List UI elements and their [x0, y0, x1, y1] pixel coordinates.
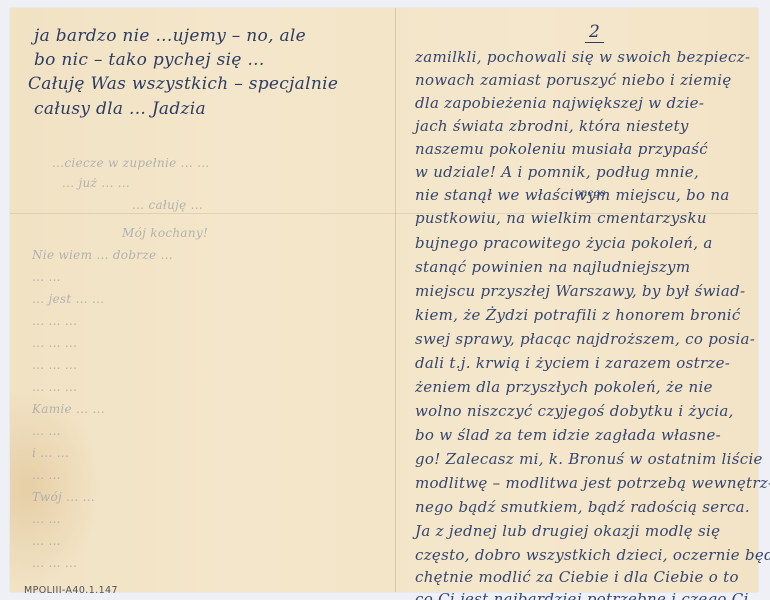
pencil-line: Twój ... ... [32, 490, 95, 504]
ink-line: bujnego pracowitego życia pokoleń, a [415, 234, 713, 252]
ink-line: swej sprawy, płacąc najdroższem, co posi… [415, 330, 755, 348]
ink-line: dali t.j. krwią i życiem i zarazem ostrz… [415, 354, 730, 372]
ink-line: całusy dla ... Jadzia [34, 99, 206, 119]
ink-line: chętnie modlić za Ciebie i dla Ciebie o … [415, 568, 739, 586]
pencil-line: ... ... ... [32, 380, 77, 394]
ink-line: bo nic – tako pychej się ... [34, 50, 265, 70]
ink-line: w udziale! A i pomnik, podług mnie, [415, 163, 699, 181]
pencil-line: ... ... [32, 512, 61, 526]
ink-line: Ja z jednej lub drugiej okazji modlę się [415, 522, 720, 540]
pencil-line: ... już ... ... [62, 176, 130, 190]
pencil-line: ... ... [32, 534, 61, 548]
vertical-fold-line [395, 8, 396, 592]
ink-line: bo w ślad za tem idzie zagłada własne- [415, 426, 721, 444]
pencil-line: ... ... [32, 424, 61, 438]
ink-line: nie stanął we właściwym miejscu, bo na [415, 186, 730, 204]
pencil-line: ... ... ... [32, 556, 77, 570]
ink-line: go! Zalecasz mi, k. Bronuś w ostatnim li… [415, 450, 763, 468]
ink-line: ja bardzo nie ...ujemy – no, ale [34, 26, 306, 46]
ink-line: nego bądź smutkiem, bądź radością serca. [415, 498, 750, 516]
left-page: ja bardzo nie ...ujemy – no, ale bo nic … [22, 8, 387, 592]
ink-line: żeniem dla przyszłych pokoleń, że nie [415, 378, 713, 396]
ink-line: często, dobro wszystkich dzieci, oczerni… [415, 546, 770, 564]
ink-line: jach świata zbrodni, która niestety [415, 117, 689, 135]
pencil-line: ...ciecze w zupełnie ... ... [52, 156, 209, 170]
pencil-line: ... ... ... [32, 336, 77, 350]
letter-sheet: ja bardzo nie ...ujemy – no, ale bo nic … [10, 8, 758, 592]
pencil-line: Mój kochany! [122, 226, 208, 240]
right-page: 2 onego zamilkli, pochowali się w swoich… [405, 8, 755, 592]
ink-line: naszemu pokoleniu musiała przypaść [415, 140, 708, 158]
ink-line: nowach zamiast poruszyć niebo i ziemię [415, 71, 732, 89]
ink-line: kiem, że Żydzi potrafili z honorem broni… [415, 306, 741, 324]
pencil-line: Nie wiem ... dobrze ... [32, 248, 173, 262]
pencil-line: ... ... ... [32, 314, 77, 328]
ink-line: zamilkli, pochowali się w swoich bezpiec… [415, 48, 750, 66]
pencil-line: i ... ... [32, 446, 69, 460]
ink-line: co Ci jest najbardziej potrzebne i czego… [415, 590, 749, 600]
ink-line: miejscu przyszłej Warszawy, by był świad… [415, 282, 745, 300]
pencil-line: ... jest ... ... [32, 292, 104, 306]
archive-reference: MPOLIII-A40.1.147 [24, 585, 118, 596]
ink-line: pustkowiu, na wielkim cmentarzysku [415, 209, 707, 227]
ink-line: dla zapobieżenia największej w dzie- [415, 94, 704, 112]
ink-line: stanąć powinien na najludniejszym [415, 258, 690, 276]
page-number: 2 [585, 22, 604, 43]
pencil-line: Kamie ... ... [32, 402, 105, 416]
ink-line: modlitwę – modlitwa jest potrzebą wewnęt… [415, 474, 770, 492]
pencil-line: ... ... ... [32, 358, 77, 372]
pencil-line: ... całuję ... [132, 198, 203, 212]
ink-line: wolno niszczyć czyjegoś dobytku i życia, [415, 402, 734, 420]
ink-line: Całuję Was wszystkich – specjalnie [28, 74, 338, 94]
pencil-line: ... ... [32, 270, 61, 284]
pencil-line: ... ... [32, 468, 61, 482]
